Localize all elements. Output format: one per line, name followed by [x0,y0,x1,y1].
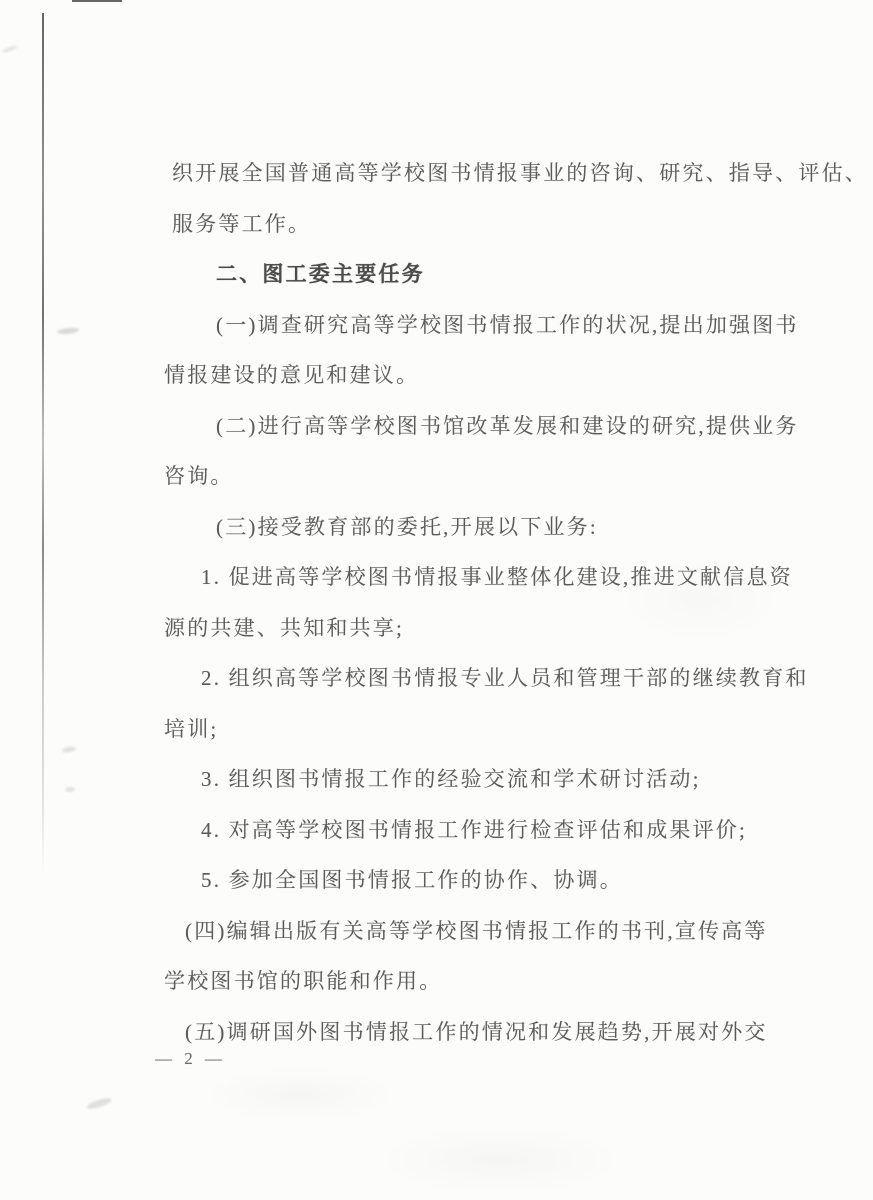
body-line: (四)编辑出版有关高等学校图书情报工作的书刊,宣传高等 [164,906,812,957]
body-line: 1. 促进高等学校图书情报事业整体化建设,推进文献信息资 [164,552,812,603]
document-body: 织开展全国普通高等学校图书情报事业的咨询、研究、指导、评估、 服务等工作。 二、… [164,148,812,1057]
body-line: (三)接受教育部的委托,开展以下业务: [164,502,812,553]
body-line: 源的共建、共知和共享; [164,603,812,654]
body-line: 情报建设的意见和建议。 [164,350,812,401]
body-line: (五)调研国外图书情报工作的情况和发展趋势,开展对外交 [164,1007,812,1058]
scan-smudge [57,327,80,335]
body-line: 学校图书馆的职能和作用。 [164,956,812,1007]
body-line: (二)进行高等学校图书馆改革发展和建设的研究,提供业务 [164,401,812,452]
body-line: 5. 参加全国图书情报工作的协作、协调。 [164,855,812,906]
body-line: 服务等工作。 [164,199,812,250]
body-line: 2. 组织高等学校图书情报专业人员和管理干部的继续教育和 [164,653,812,704]
page-number: — 2 — [155,1049,226,1069]
scanned-document-page: 织开展全国普通高等学校图书情报事业的咨询、研究、指导、评估、 服务等工作。 二、… [0,0,873,1200]
body-line: 3. 组织图书情报工作的经验交流和学术研讨活动; [164,754,812,805]
body-line: (一)调查研究高等学校图书情报工作的状况,提出加强图书 [164,300,812,351]
body-line: 培训; [164,704,812,755]
scan-smudge [62,746,77,753]
scan-streak-vertical [42,13,44,875]
scan-smudge [2,44,18,53]
scan-artifact-top-edge [72,0,122,2]
scan-smudge [65,787,75,792]
body-line: 4. 对高等学校图书情报工作进行检查评估和成果评价; [164,805,812,856]
section-heading: 二、图工委主要任务 [164,249,812,300]
scan-smudge [86,1096,113,1111]
body-line: 织开展全国普通高等学校图书情报事业的咨询、研究、指导、评估、 [164,148,812,199]
body-line: 咨询。 [164,451,812,502]
